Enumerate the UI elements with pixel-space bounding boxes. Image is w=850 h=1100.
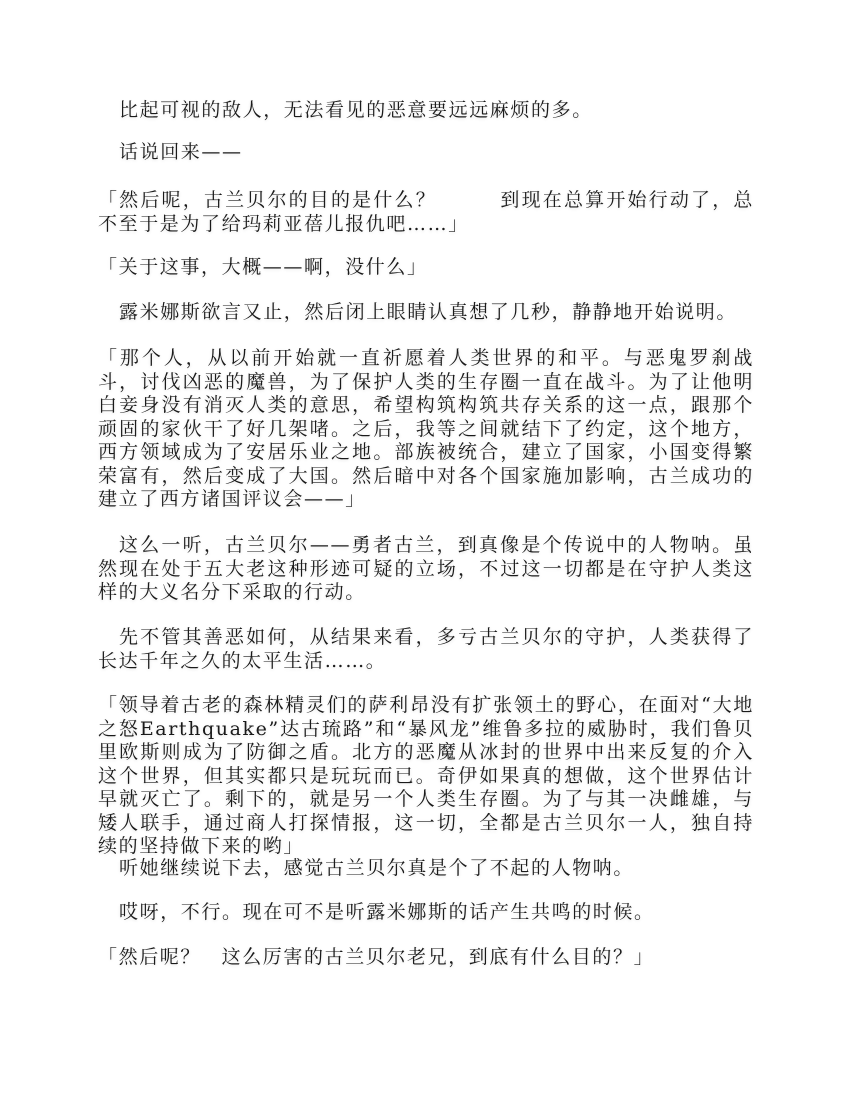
paragraph-dialogue: 「那个人，从以前开始就一直祈愿着人类世界的和平。与恶鬼罗刹战斗，讨伐凶恶的魔兽，…: [98, 347, 754, 512]
paragraph-narration: 露米娜斯欲言又止，然后闭上眼睛认真想了几秒，静静地开始说明。: [98, 301, 754, 325]
paragraph-narration: 比起可视的敌人，无法看见的恶意要远远麻烦的多。: [98, 99, 754, 123]
paragraph-dialogue: 「领导着古老的森林精灵们的萨利昂没有扩张领土的野心，在面对“大地之怒Earthq…: [98, 694, 754, 859]
paragraph-dialogue: 「然后呢，古兰贝尔的目的是什么？ 到现在总算开始行动了，总不至于是为了给玛莉亚蓓…: [98, 189, 754, 236]
paragraph-narration: 这么一听，古兰贝尔——勇者古兰，到真像是个传说中的人物呐。虽然现在处于五大老这种…: [98, 534, 754, 605]
paragraph-dialogue: 「关于这事，大概——啊，没什么」: [98, 256, 754, 280]
paragraph-narration: 哎呀，不行。现在可不是听露米娜斯的话产生共鸣的时候。: [98, 901, 754, 925]
paragraph-narration: 听她继续说下去，感觉古兰贝尔真是个了不起的人物呐。: [98, 857, 754, 881]
paragraph-narration: 话说回来——: [98, 141, 754, 165]
paragraph-narration: 先不管其善恶如何，从结果来看，多亏古兰贝尔的守护，人类获得了长达千年之久的太平生…: [98, 626, 754, 673]
paragraph-dialogue: 「然后呢？ 这么厉害的古兰贝尔老兄，到底有什么目的？」: [98, 946, 754, 970]
